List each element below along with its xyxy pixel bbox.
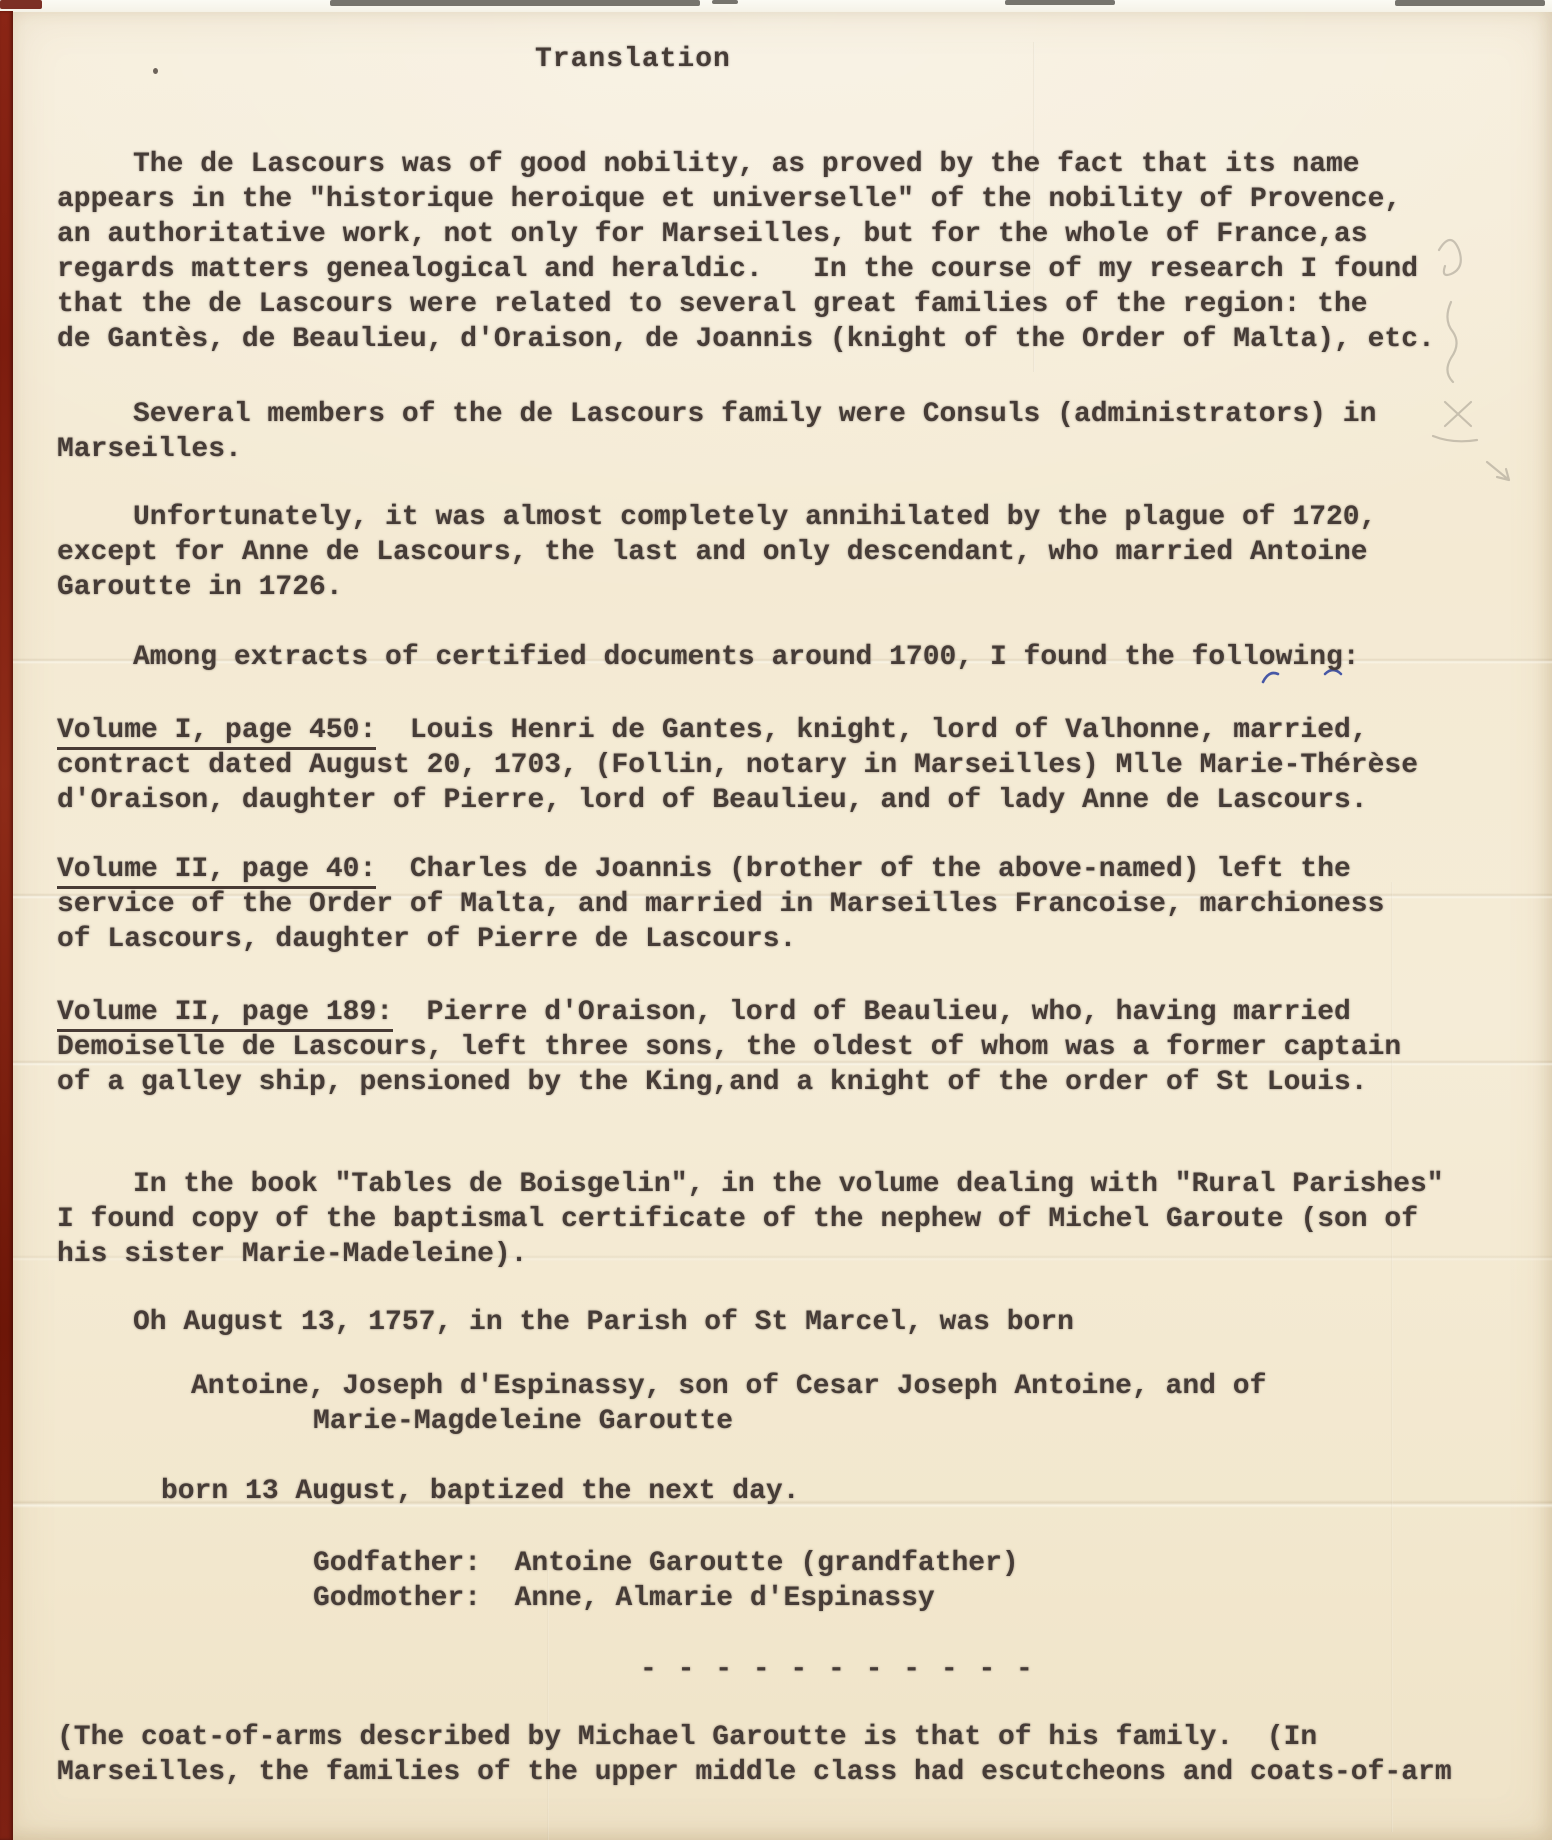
text-line: Volume II, page 189: Pierre d'Oraison, l… xyxy=(57,995,1542,1030)
entry-volume-2-page-189: Volume II, page 189: Pierre d'Oraison, l… xyxy=(57,995,1542,1100)
text-line: service of the Order of Malta, and marri… xyxy=(57,887,1542,922)
text-line: of Lascours, daughter of Pierre de Lasco… xyxy=(57,922,1542,957)
document-text: Translation The de Lascours was of good … xyxy=(13,12,1552,1840)
paragraph-plague: Unfortunately, it was almost completely … xyxy=(57,500,1542,605)
entry-heading: Volume I, page 450: xyxy=(57,715,376,750)
paragraph-extracts: Among extracts of certified documents ar… xyxy=(57,640,1542,675)
scan-smudge xyxy=(712,0,738,4)
text-line: Oh August 13, 1757, in the Parish of St … xyxy=(57,1305,1542,1340)
text-line: Volume I, page 450: Louis Henri de Gante… xyxy=(57,713,1542,748)
entry-heading: Volume II, page 189: xyxy=(57,997,393,1032)
text-line: of a galley ship, pensioned by the King,… xyxy=(57,1065,1542,1100)
text-line: de Gantès, de Beaulieu, d'Oraison, de Jo… xyxy=(57,322,1542,357)
entry-heading: Volume II, page 40: xyxy=(57,854,376,889)
entry-heading-rest: Louis Henri de Gantes, knight, lord of V… xyxy=(376,715,1367,746)
scan-top-edge xyxy=(0,0,1552,12)
paragraph-birth-date: Oh August 13, 1757, in the Parish of St … xyxy=(57,1305,1542,1340)
text-line: Antoine, Joseph d'Espinassy, son of Cesa… xyxy=(57,1369,1542,1404)
paragraph-baptized: born 13 August, baptized the next day. xyxy=(57,1474,1542,1509)
text-line: I found copy of the baptismal certificat… xyxy=(57,1202,1542,1237)
text-line: Marseilles, the families of the upper mi… xyxy=(57,1755,1542,1790)
text-line: In the book "Tables de Boisgelin", in th… xyxy=(57,1167,1542,1202)
entry-volume-1-page-450: Volume I, page 450: Louis Henri de Gante… xyxy=(57,713,1542,818)
text-line: an authoritative work, not only for Mars… xyxy=(57,217,1542,252)
paragraph-consuls: Several members of the de Lascours famil… xyxy=(57,397,1542,467)
text-line: (The coat-of-arms described by Michael G… xyxy=(57,1720,1542,1755)
text-line: that the de Lascours were related to sev… xyxy=(57,287,1542,322)
entry-heading-rest: Charles de Joannis (brother of the above… xyxy=(376,854,1351,885)
paragraph-coat-of-arms: (The coat-of-arms described by Michael G… xyxy=(57,1720,1542,1790)
text-line: contract dated August 20, 1703, (Follin,… xyxy=(57,748,1542,783)
document-page: Translation The de Lascours was of good … xyxy=(13,12,1552,1840)
text-line: Godfather: Antoine Garoutte (grandfather… xyxy=(57,1546,1542,1581)
scan-smudge xyxy=(0,0,42,9)
text-line: his sister Marie-Madeleine). xyxy=(57,1237,1542,1272)
scan-smudge xyxy=(330,0,700,6)
text-line: d'Oraison, daughter of Pierre, lord of B… xyxy=(57,783,1542,818)
text-line: Marie-Magdeleine Garoutte xyxy=(57,1404,1542,1439)
scan-left-edge xyxy=(0,11,13,1840)
text-line: born 13 August, baptized the next day. xyxy=(57,1474,1542,1509)
text-line: Demoiselle de Lascours, left three sons,… xyxy=(57,1030,1542,1065)
paragraph-intro: The de Lascours was of good nobility, as… xyxy=(57,147,1542,357)
text-line: Among extracts of certified documents ar… xyxy=(57,640,1542,675)
text-line: The de Lascours was of good nobility, as… xyxy=(57,147,1542,182)
paragraph-godparents: Godfather: Antoine Garoutte (grandfather… xyxy=(57,1546,1542,1616)
paragraph-boisgelin: In the book "Tables de Boisgelin", in th… xyxy=(57,1167,1542,1272)
text-line: regards matters genealogical and heraldi… xyxy=(57,252,1542,287)
entry-volume-2-page-40: Volume II, page 40: Charles de Joannis (… xyxy=(57,852,1542,957)
document-title: Translation xyxy=(535,42,731,77)
text-line: appears in the "historique heroique et u… xyxy=(57,182,1542,217)
scan-smudge xyxy=(1005,0,1115,5)
paragraph-antoine-joseph: Antoine, Joseph d'Espinassy, son of Cesa… xyxy=(57,1369,1542,1439)
dashed-separator: - - - - - - - - - - - xyxy=(640,1652,1035,1687)
text-line: Volume II, page 40: Charles de Joannis (… xyxy=(57,852,1542,887)
text-line: Several members of the de Lascours famil… xyxy=(57,397,1542,432)
text-line: except for Anne de Lascours, the last an… xyxy=(57,535,1542,570)
scan-smudge xyxy=(1395,0,1545,6)
text-line: Marseilles. xyxy=(57,432,1542,467)
text-line: Godmother: Anne, Almarie d'Espinassy xyxy=(57,1581,1542,1616)
entry-heading-rest: Pierre d'Oraison, lord of Beaulieu, who,… xyxy=(393,997,1351,1028)
text-line: Garoutte in 1726. xyxy=(57,570,1542,605)
text-line: Unfortunately, it was almost completely … xyxy=(57,500,1542,535)
